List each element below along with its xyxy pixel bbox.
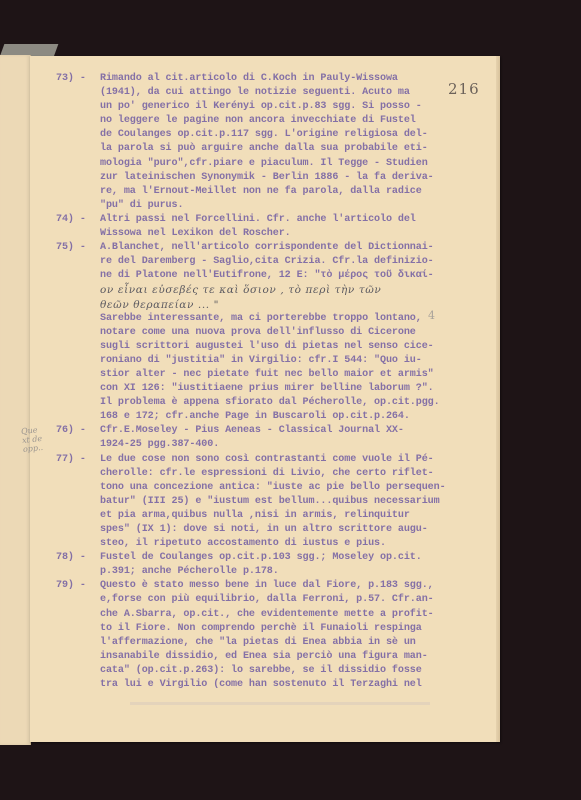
text-line: e,forse con più equilibrio, dalla Ferron… (100, 593, 466, 607)
text-line: notare come una nuova prova dell'influss… (100, 326, 466, 340)
text-line: cherolle: cfr.le espressioni di Livio, c… (100, 467, 466, 481)
footnote-75: 75) - A.Blanchet, nell'articolo corrispo… (56, 241, 466, 424)
text-line: Sarebbe interessante, ma ci porterebbe t… (100, 312, 466, 326)
text-line: p.391; anche Pécherolle p.178. (100, 565, 466, 579)
footnote-body: Fustel de Coulanges op.cit.p.103 sgg.; M… (100, 551, 466, 579)
text-line: un po' generico il Kerényi op.cit.p.83 s… (100, 100, 466, 114)
footnote-77: 77) - Le due cose non sono così contrast… (56, 453, 466, 552)
footnote-78: 78) - Fustel de Coulanges op.cit.p.103 s… (56, 551, 466, 579)
footnote-number: 76) - (56, 424, 100, 452)
text-line: la parola si può arguire anche dalla sua… (100, 142, 466, 156)
text-line: spes" (IX 1): dove si noti, in un altro … (100, 523, 466, 537)
footnote-number: 79) - (56, 579, 100, 692)
footnote-body: Rimando al cit.articolo di C.Koch in Pau… (100, 72, 466, 213)
text-line: l'affermazione, che "la pietas di Enea a… (100, 636, 466, 650)
text-line: Rimando al cit.articolo di C.Koch in Pau… (100, 72, 466, 86)
text-line: insanabile dissidio, ed Enea sia perciò … (100, 650, 466, 664)
text-line: Wissowa nel Lexikon del Roscher. (100, 227, 466, 241)
footnote-number: 73) - (56, 72, 100, 213)
text-line: mologia "puro",cfr.piare e piaculum. Il … (100, 157, 466, 171)
footnote-number: 78) - (56, 551, 100, 579)
footnote-body: A.Blanchet, nell'articolo corrispondente… (100, 241, 466, 424)
text-line: Fustel de Coulanges op.cit.p.103 sgg.; M… (100, 551, 466, 565)
text-line: ne di Platone nell'Eutifrone, 12 E: "τὸ … (100, 269, 466, 283)
footnote-number: 75) - (56, 241, 100, 424)
text-line: con XI 126: "iustitiaene prius mirer bel… (100, 382, 466, 396)
text-line: Il problema è appena sfiorato dal Pécher… (100, 396, 466, 410)
footnote-number: 74) - (56, 213, 100, 241)
text-line: de Coulanges op.cit.p.117 sgg. L'origine… (100, 128, 466, 142)
underlying-page-edge (0, 55, 31, 745)
text-line: Altri passi nel Forcellini. Cfr. anche l… (100, 213, 466, 227)
faint-bleedthrough-line (130, 702, 430, 705)
footnote-79: 79) - Questo è stato messo bene in luce … (56, 579, 466, 692)
footnote-body: Cfr.E.Moseley - Pius Aeneas - Classical … (100, 424, 466, 452)
text-line: et pia arma,quibus nulla ,nisi in armis,… (100, 509, 466, 523)
footnote-76: 76) - Cfr.E.Moseley - Pius Aeneas - Clas… (56, 424, 466, 452)
text-line: tono una concezione antica: "iuste ac pi… (100, 481, 466, 495)
text-line: to il Fiore. Non comprendo perchè il Fun… (100, 622, 466, 636)
text-line: re, ma l'Ernout-Meillet non ne fa parola… (100, 185, 466, 199)
footnote-73: 73) - Rimando al cit.articolo di C.Koch … (56, 72, 466, 213)
text-line: stior alter - nec pietate fuit nec bello… (100, 368, 466, 382)
footnote-74: 74) - Altri passi nel Forcellini. Cfr. a… (56, 213, 466, 241)
footnote-number: 77) - (56, 453, 100, 552)
text-line: che A.Sbarra, op.cit., che evidentemente… (100, 608, 466, 622)
handwritten-margin-note: Que xt de opp.. (21, 425, 44, 454)
text-line: re del Daremberg - Saglio,cita Crizia. C… (100, 255, 466, 269)
text-line: roniano di "justitia" in Virgilio: cfr.I… (100, 354, 466, 368)
handwritten-greek-line: ον εἶναι εὐσεβές τε καὶ ὅσιον , τὸ περὶ … (100, 283, 466, 297)
footnotes-list: 73) - Rimando al cit.articolo di C.Koch … (56, 72, 466, 692)
text-line: tra lui e Virgilio (come han sostenuto i… (100, 678, 466, 692)
text-line: Le due cose non sono così contrastanti c… (100, 453, 466, 467)
footnote-body: Altri passi nel Forcellini. Cfr. anche l… (100, 213, 466, 241)
text-line: Questo è stato messo bene in luce dal Fi… (100, 579, 466, 593)
text-line: batur" (III 25) e "iustum est bellum...q… (100, 495, 466, 509)
text-line: cata" (op.cit.p.263): lo sarebbe, se il … (100, 664, 466, 678)
text-line: A.Blanchet, nell'articolo corrispondente… (100, 241, 466, 255)
text-line: sugli scrittori augustei l'uso di pietas… (100, 340, 466, 354)
text-line: 1924-25 pgg.387-400. (100, 438, 466, 452)
text-line: steo, il ripetuto accostamento di iustus… (100, 537, 466, 551)
text-line: (1941), da cui attingo le notizie seguen… (100, 86, 466, 100)
page-edge (496, 56, 500, 742)
footnote-body: Le due cose non sono così contrastanti c… (100, 453, 466, 552)
text-line: zur lateinischen Synonymik - Berlin 1886… (100, 171, 466, 185)
footnote-body: Questo è stato messo bene in luce dal Fi… (100, 579, 466, 692)
text-line: 168 e 172; cfr.anche Page in Buscaroli o… (100, 410, 466, 424)
text-line: Cfr.E.Moseley - Pius Aeneas - Classical … (100, 424, 466, 438)
text-line: no leggere le pagine non ancora invecchi… (100, 114, 466, 128)
handwritten-greek-line: θεῶν θεραπείαν ... " (100, 298, 466, 312)
text-line: "pu" di purus. (100, 199, 466, 213)
